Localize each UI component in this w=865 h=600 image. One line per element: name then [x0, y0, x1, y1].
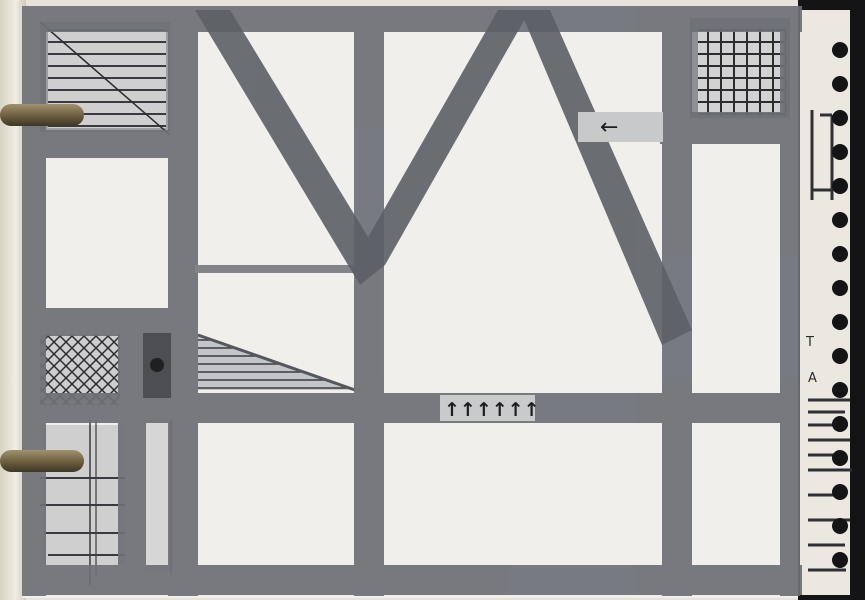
perforation-holes [832, 42, 848, 568]
margin-letter-a: A [808, 371, 817, 386]
margin-scribbles [808, 110, 852, 570]
binder-ring-bottom [0, 450, 84, 472]
infill-sloped-triangle [198, 335, 355, 390]
arrow-label-panel [578, 112, 663, 142]
infill-bottom-left-ladder [40, 420, 173, 585]
timber-braces [195, 10, 692, 345]
left-arrow-annotation: ← [600, 115, 618, 140]
margin-letter-t: T [805, 335, 814, 350]
timber-frame-drawing: ↑↑↑↑↑↑ ← T A [0, 0, 865, 600]
sketchbook-photo: ↑↑↑↑↑↑ ← T A [0, 0, 865, 600]
upward-arrows-annotation: ↑↑↑↑↑↑ [444, 399, 540, 421]
binder-ring-top [0, 104, 84, 126]
small-dark-post [143, 333, 171, 398]
infill-top-right-grid [690, 18, 790, 118]
